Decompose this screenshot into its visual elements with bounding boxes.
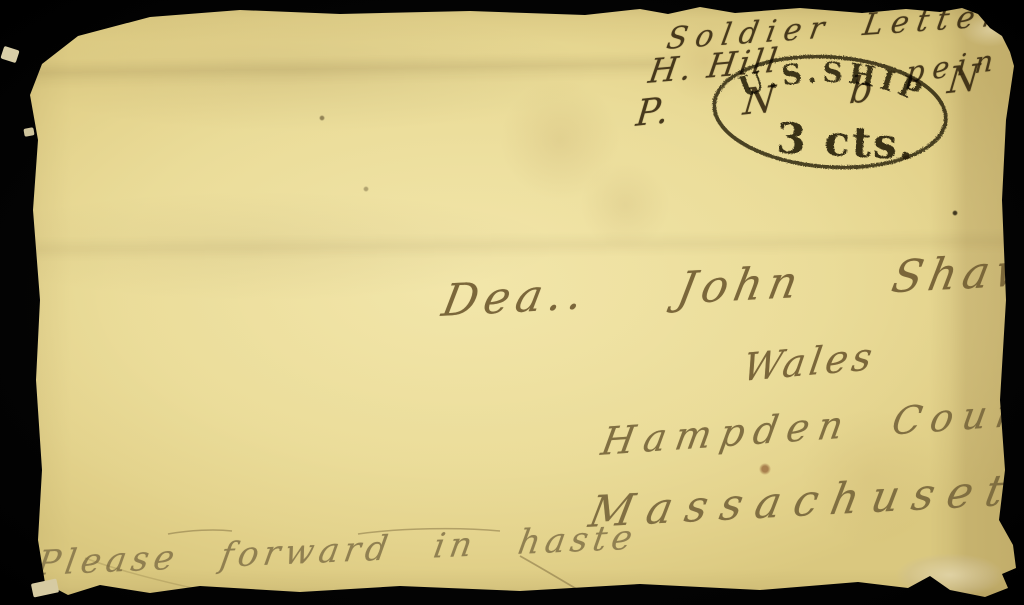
pen-stroke bbox=[520, 556, 600, 603]
envelope: Soldier Letter H. Hill pein P. N b N Dea… bbox=[0, 0, 1024, 605]
endorsement-signature-fragment: pein bbox=[905, 42, 1002, 90]
crease bbox=[28, 51, 673, 88]
torn-edge-highlight bbox=[23, 127, 34, 137]
postmark-oval bbox=[710, 49, 949, 175]
photo-background: Soldier Letter H. Hill pein P. N b N Dea… bbox=[0, 0, 1024, 605]
pen-strokes bbox=[0, 0, 1024, 605]
crease bbox=[30, 229, 1010, 262]
us-ship-postmark-stamp: U.S.SHIP 3 cts. bbox=[698, 40, 962, 178]
endorsement-soldier-letter: Soldier Letter bbox=[664, 0, 1008, 57]
crease-line bbox=[85, 558, 235, 597]
address-town: Wales bbox=[740, 334, 879, 390]
pen-stroke bbox=[168, 530, 232, 534]
forward-note: Please forward in haste bbox=[34, 517, 640, 584]
address-state: Massachusetts bbox=[585, 462, 1024, 538]
endorsement-signature: H. Hill bbox=[646, 40, 783, 91]
postmark-rate-text: 3 cts. bbox=[775, 113, 916, 169]
torn-edge-highlight bbox=[0, 46, 19, 63]
address-recipient: Dea.. John Shaw bbox=[438, 244, 1024, 327]
pen-stroke bbox=[358, 529, 500, 534]
postmark-top-text: U.S.SHIP bbox=[735, 56, 931, 110]
paper-texture-overlay bbox=[0, 0, 1024, 605]
address-county: Hampden Coun bbox=[598, 389, 1024, 464]
endorsement-line3: P. N b N bbox=[634, 57, 985, 135]
